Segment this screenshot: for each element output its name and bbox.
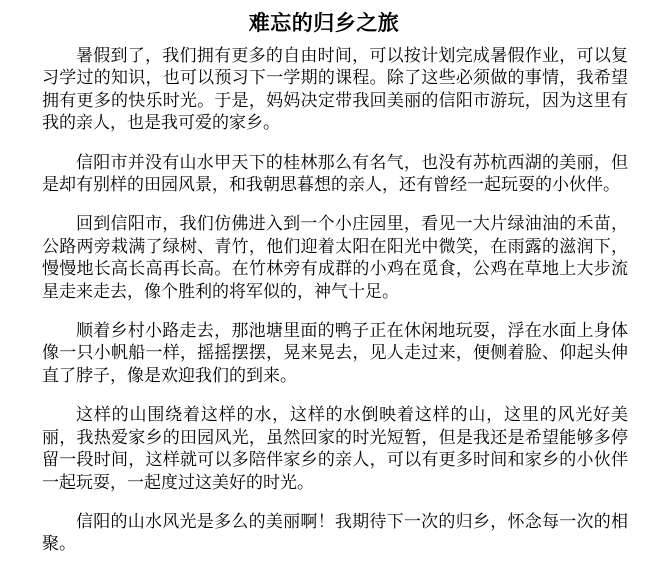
document-body: 暑假到了，我们拥有更多的自由时间，可以按计划完成暑假作业，可以复习学过的知识，也… bbox=[0, 45, 648, 556]
paragraph-6: 信阳的山水风光是多么的美丽啊！我期待下一次的归乡，怀念每一次的相聚。 bbox=[42, 511, 628, 556]
paragraph-2: 信阳市并没有山水甲天下的桂林那么有名气，也没有苏杭西湖的美丽，但是却有别样的田园… bbox=[42, 152, 628, 197]
paragraph-5: 这样的山围绕着这样的水，这样的水倒映着这样的山，这里的风光好美丽，我热爱家乡的田… bbox=[42, 404, 628, 494]
paragraph-1: 暑假到了，我们拥有更多的自由时间，可以按计划完成暑假作业，可以复习学过的知识，也… bbox=[42, 45, 628, 135]
paragraph-3: 回到信阳市，我们仿佛进入到一个小庄园里，看见一大片绿油油的禾苗，公路两旁栽满了绿… bbox=[42, 213, 628, 303]
paragraph-4: 顺着乡村小路走去，那池塘里面的鸭子正在休闲地玩耍，浮在水面上身体像一只小帆船一样… bbox=[42, 320, 628, 387]
document-title: 难忘的归乡之旅 bbox=[0, 9, 648, 36]
document-page: 难忘的归乡之旅 暑假到了，我们拥有更多的自由时间，可以按计划完成暑假作业，可以复… bbox=[0, 0, 648, 561]
